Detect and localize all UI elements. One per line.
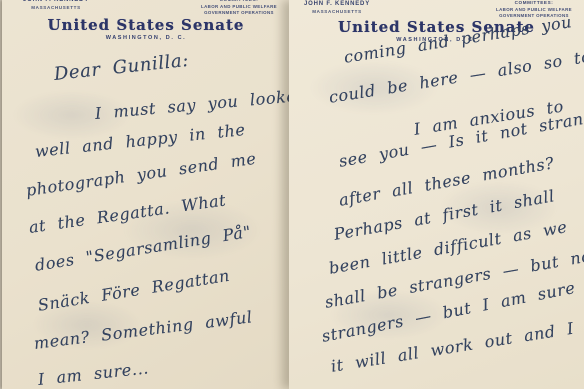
letterhead-title-block: United States Senate WASHINGTON, D. C. [2, 16, 290, 41]
senate-letterhead-title: United States Senate [2, 16, 290, 34]
letterhead-sender-block: JOHN F. KENNEDY MASSACHUSETTS [20, 0, 92, 11]
committees-label: COMMITTEES: [490, 0, 578, 7]
handwritten-line: Snäck Före Regattan [37, 266, 232, 315]
letterhead-sender-block: JOHN F. KENNEDY MASSACHUSETTS [301, 0, 373, 15]
sender-name: JOHN F. KENNEDY [20, 0, 92, 5]
handwritten-line: I am sure... [37, 358, 150, 389]
letterhead-city: WASHINGTON, D. C. [2, 35, 290, 41]
handwritten-line: I must say you looked [94, 85, 290, 122]
letter-page-right: JOHN F. KENNEDY MASSACHUSETTS COMMITTEES… [289, 0, 584, 389]
sender-state: MASSACHUSETTS [20, 5, 92, 12]
sender-name: JOHN F. KENNEDY [301, 0, 373, 9]
sender-state: MASSACHUSETTS [301, 9, 373, 16]
handwritten-salutation: Dear Gunilla: [53, 50, 190, 85]
letterhead-committees-block: COMMITTEES: LABOR AND PUBLIC WELFARE GOV… [196, 0, 282, 16]
letter-page-left: JOHN F. KENNEDY MASSACHUSETTS COMMITTEES… [2, 0, 290, 389]
letters-photo: JOHN F. KENNEDY MASSACHUSETTS COMMITTEES… [0, 0, 584, 389]
